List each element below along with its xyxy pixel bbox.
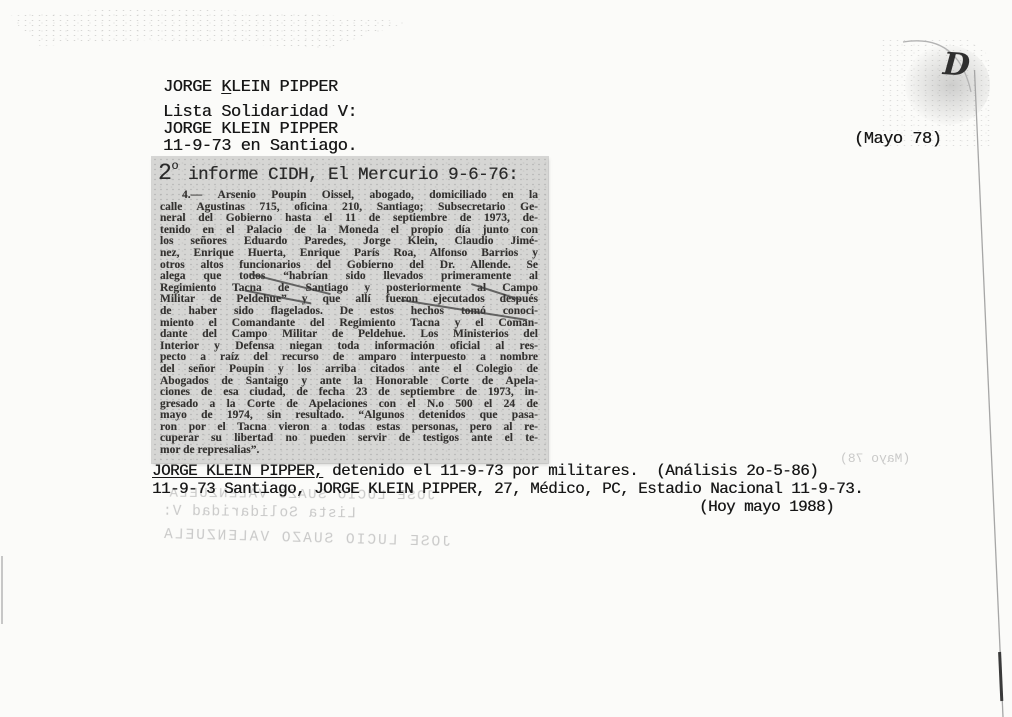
bleedthrough-list-line: Lista Solidaridad V:: [162, 504, 356, 523]
clipping-header: 2o informe CIDH, El Mercurio 9-6-76:: [158, 159, 518, 186]
left-edge-mark: [1, 556, 3, 624]
clipping-line: nez, Enrique Huerta, Enrique París Roa, …: [160, 248, 538, 260]
detention-date-line: 11-9-73 en Santiago.: [163, 137, 357, 156]
newspaper-clipping: 2o informe CIDH, El Mercurio 9-6-76: 4.—…: [152, 157, 548, 463]
scanned-document-page: D JORGE KLEIN PIPPER Lista Solidaridad V…: [0, 0, 1012, 717]
summary-line1-text: detenido el 11-9-73 por militares.: [323, 462, 638, 480]
clipping-line: dante del Campo Militar de Peldehue. Los…: [160, 329, 538, 341]
summary-line-1: JORGE KLEIN PIPPER, detenido el 11-9-73 …: [152, 463, 818, 480]
clipping-lines: calle Agustinas 715, oficina 210, Santia…: [160, 202, 538, 457]
clipping-line: del señor Poupin y los arriba citados an…: [160, 364, 538, 376]
title-pre: JORGE: [163, 78, 221, 97]
clipping-body: 4.— Arsenio Poupin Oissel, abogado, domi…: [160, 190, 538, 457]
clipping-line: alega que todos “habrían sido llevados p…: [160, 271, 538, 283]
document-title: JORGE KLEIN PIPPER: [163, 79, 338, 96]
handwritten-letter-d: D: [942, 46, 971, 84]
summary-date-note: (Hoy mayo 1988): [699, 499, 834, 516]
clipping-line: ciones de esa ciudad, de fecha 23 de sep…: [160, 387, 538, 399]
clipping-header-text: informe CIDH, El Mercurio 9-6-76:: [178, 165, 518, 185]
analysis-note: (Análisis 2o-5-86): [656, 462, 818, 480]
scan-noise-top-left: [8, 8, 408, 48]
bleedthrough-date: (Mayo 78): [840, 451, 910, 466]
clipping-line: 4.— Arsenio Poupin Oissel, abogado, domi…: [160, 190, 538, 202]
clipping-line: mor de represalias”.: [160, 445, 538, 457]
clipping-paragraph-number: 4.—: [182, 189, 218, 201]
summary-line-2: 11-9-73 Santiago, JORGE KLEIN PIPPER, 27…: [152, 481, 863, 498]
clipping-bold-name: Arsenio Poupin Oissel,: [218, 189, 355, 201]
clipping-line-text: abogado, domiciliado en la: [354, 189, 538, 201]
margin-date-note: (Mayo 78): [854, 131, 941, 148]
summary-underlined-name: JORGE KLEIN PIPPER,: [152, 462, 323, 480]
header-block: Lista Solidaridad V: JORGE KLEIN PIPPER …: [163, 104, 357, 155]
title-underlined-letter: K: [221, 78, 231, 97]
bleedthrough-name-line: JOSE LUCIO SUAZO VALENZUELA: [162, 527, 451, 551]
clipping-header-number: 2: [158, 160, 171, 186]
title-post: LEIN PIPPER: [231, 78, 338, 97]
clipping-header-superscript: o: [171, 159, 178, 173]
